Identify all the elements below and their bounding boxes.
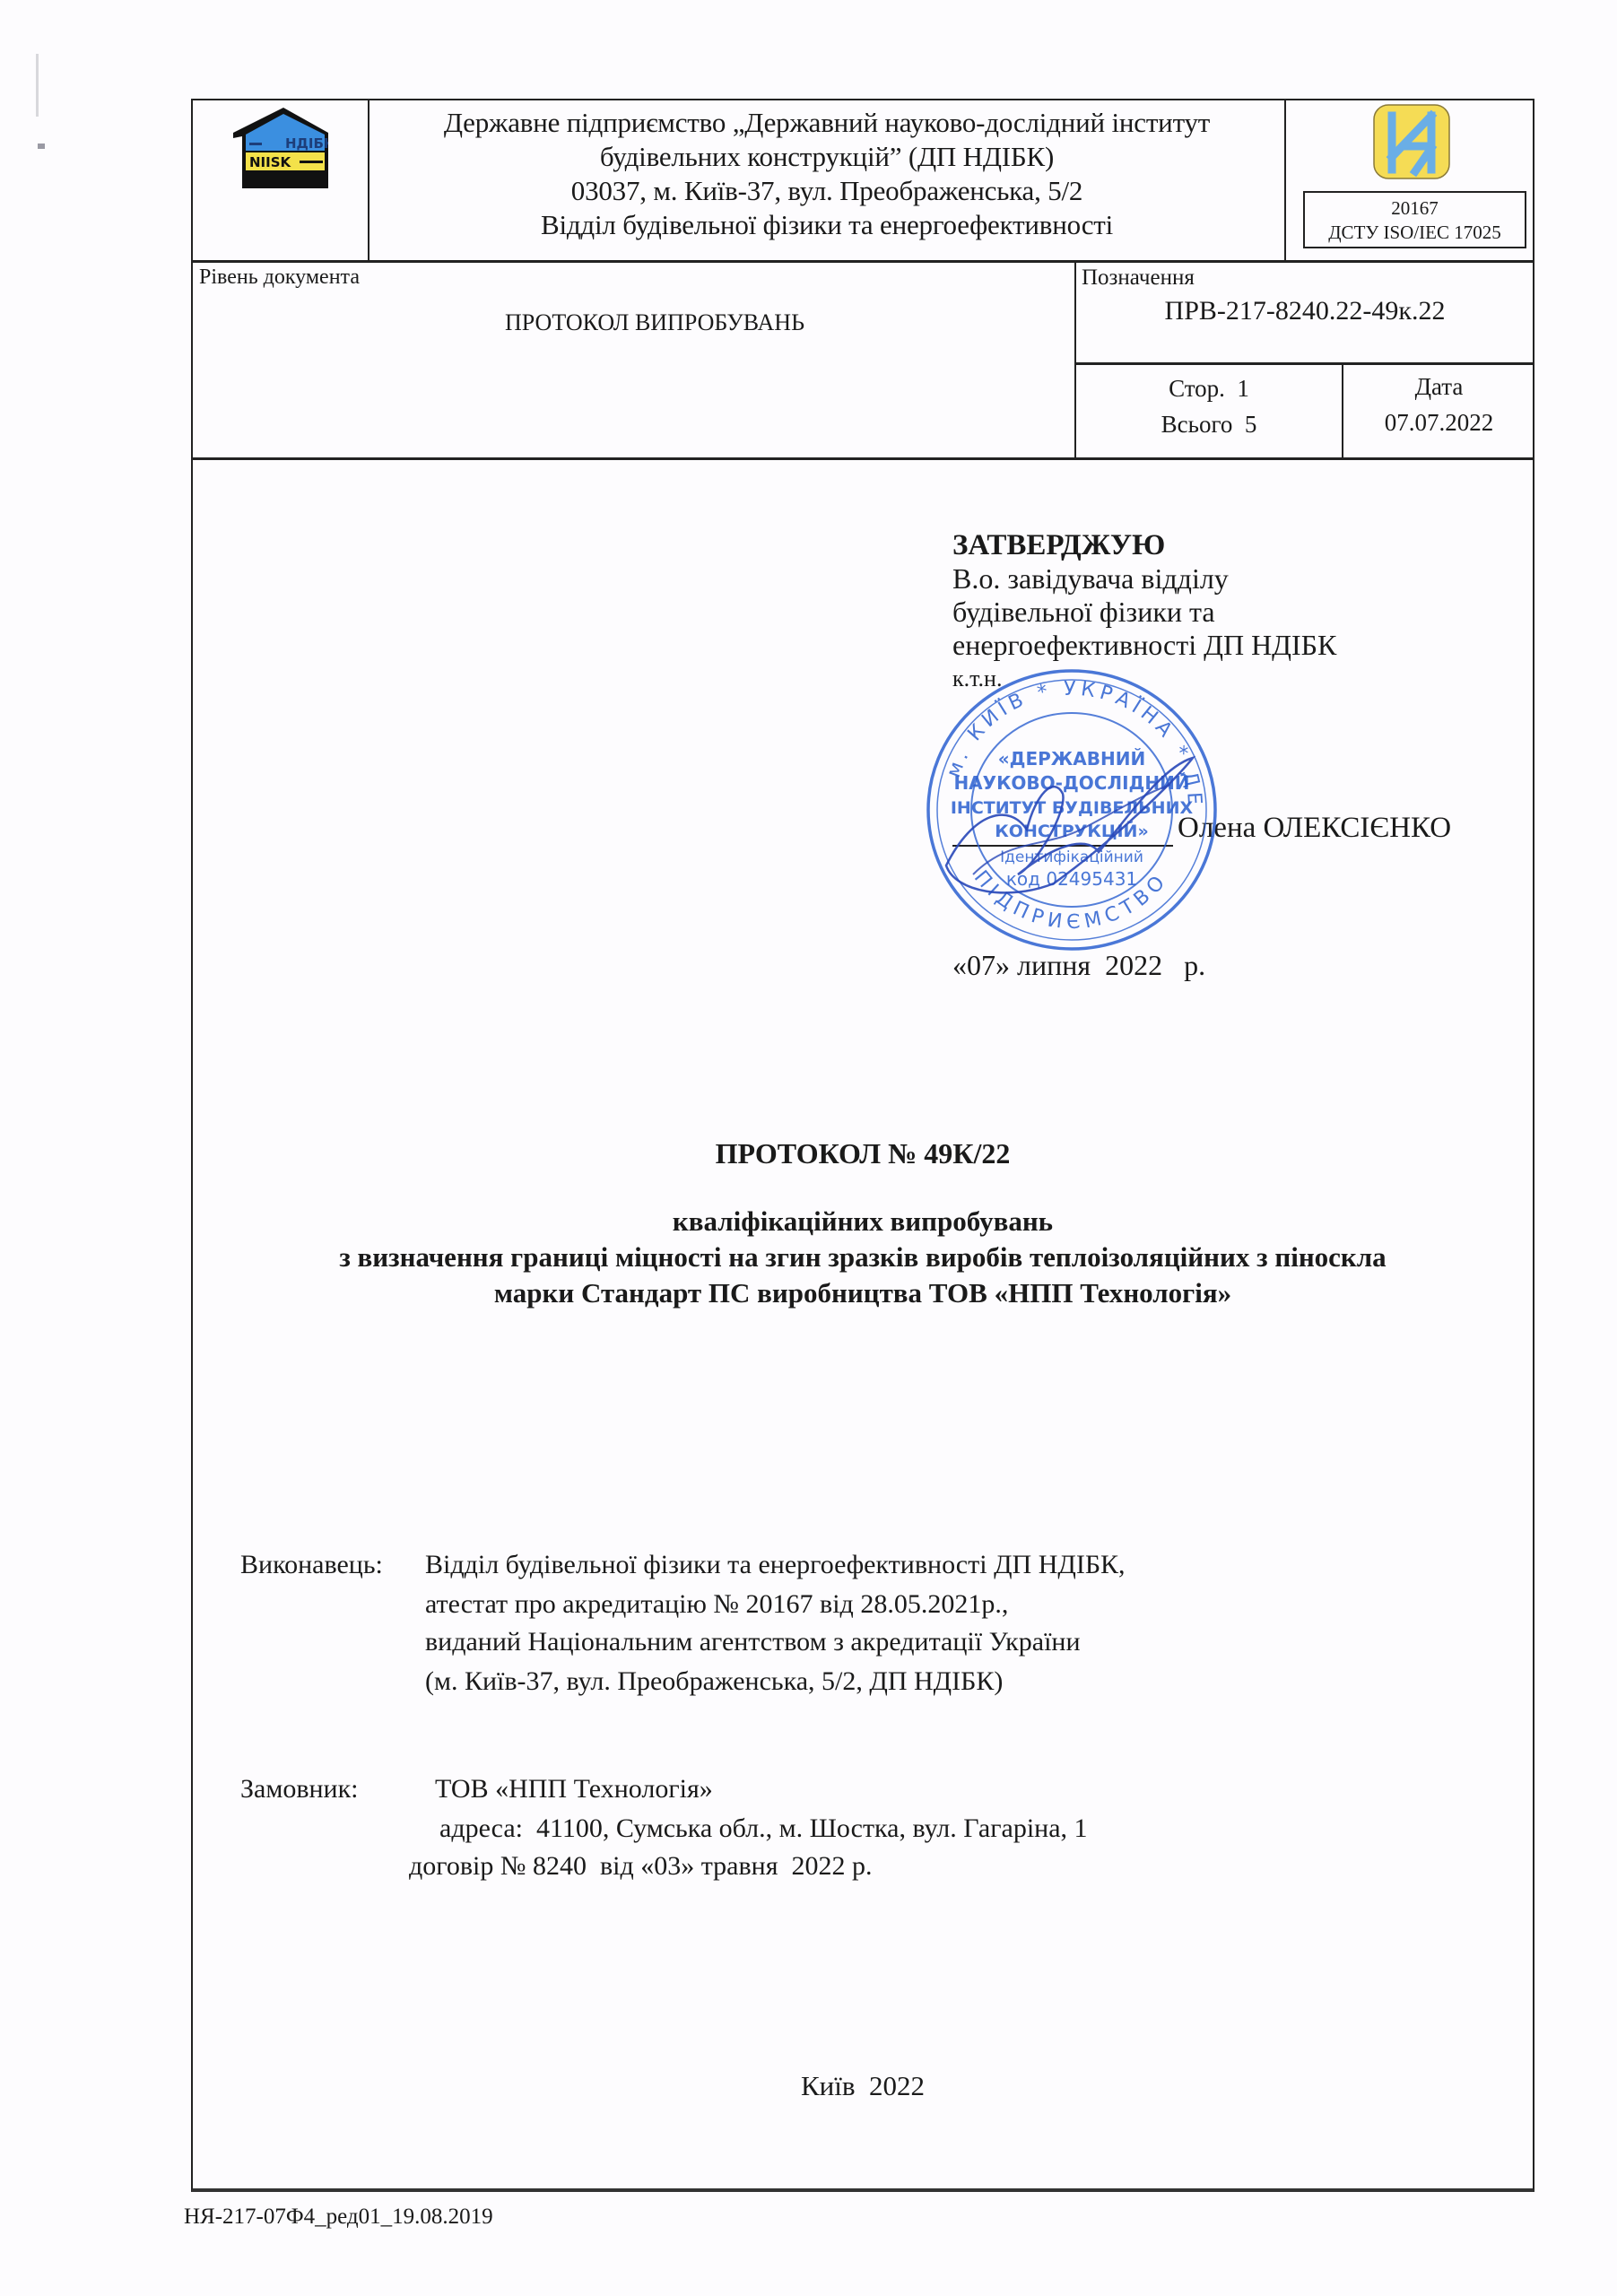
designation-bottom-divider	[1074, 362, 1534, 365]
executor-label: Виконавець:	[240, 1550, 383, 1580]
org-line: будівельних конструкцій” (ДП НДІБК)	[369, 140, 1284, 174]
customer-contract: договір № 8240 від «03» травня 2022 р.	[409, 1851, 873, 1882]
protocol-subtitle-line: з визначення границі міцності на згин зр…	[191, 1241, 1534, 1274]
protocol-number: ПРОТОКОЛ № 49К/22	[191, 1137, 1534, 1170]
approval-date: «07» липня 2022 р.	[952, 949, 1205, 982]
date-value: 07.07.2022	[1343, 409, 1534, 437]
executor-line: (м. Київ-37, вул. Преображенська, 5/2, Д…	[425, 1666, 1003, 1697]
approval-line: будівельної фізики та	[952, 596, 1336, 629]
accreditation-cell-divider	[1284, 99, 1286, 261]
scan-margin-mark	[36, 54, 39, 117]
svg-text:NIISK: NIISK	[249, 154, 292, 170]
org-line: Відділ будівельної фізики та енергоефект…	[369, 208, 1284, 242]
form-code: НЯ-217-07Ф4_ред01_19.08.2019	[184, 2205, 493, 2230]
header-divider	[191, 260, 1534, 263]
organization-header: Державне підприємство „Державний науково…	[369, 106, 1284, 242]
customer-label: Замовник:	[240, 1774, 359, 1805]
executor-line: Відділ будівельної фізики та енергоефект…	[425, 1550, 1126, 1580]
accreditation-agency-logo-icon	[1372, 103, 1451, 180]
date-label: Дата	[1343, 373, 1534, 401]
approval-line: к.т.н.	[952, 662, 1336, 695]
approval-title: ЗАТВЕРДЖУЮ	[952, 529, 1336, 562]
designation-value: ПРВ-217-8240.22-49к.22	[1076, 296, 1534, 326]
signature-line	[952, 845, 1173, 847]
approval-line: енергоефективності ДП НДІБК	[952, 629, 1336, 662]
approval-line: В.о. завідувача відділу	[952, 562, 1336, 596]
customer-name: ТОВ «НПП Технологія»	[435, 1774, 713, 1805]
executor-line: виданий Національним агентством з акреди…	[425, 1627, 1081, 1657]
approval-block: ЗАТВЕРДЖУЮ В.о. завідувача відділу будів…	[952, 529, 1336, 695]
protocol-subtitle-line: кваліфікаційних випробувань	[191, 1205, 1534, 1238]
accreditation-standard: ДСТУ ISO/IEC 17025	[1305, 221, 1525, 245]
accreditation-number: 20167	[1305, 196, 1525, 221]
doc-table-bottom	[191, 457, 1534, 460]
accreditation-box: 20167 ДСТУ ISO/IEC 17025	[1303, 191, 1526, 248]
scan-margin-dot	[38, 143, 45, 149]
page-number: Стор. 1	[1076, 375, 1342, 403]
signer-name: Олена ОЛЕКСІЄНКО	[1178, 812, 1451, 845]
doc-level-label: Рівень документа	[199, 265, 360, 290]
ndibk-house-logo-icon: НДІБК NIISK	[231, 106, 328, 188]
org-line: Державне підприємство „Державний науково…	[369, 106, 1284, 140]
protocol-subtitle-line: марки Стандарт ПС виробництва ТОВ «НПП Т…	[191, 1277, 1534, 1309]
svg-text:НДІБК: НДІБК	[285, 135, 328, 152]
place-year: Київ 2022	[191, 2070, 1534, 2102]
org-line: 03037, м. Київ-37, вул. Преображенська, …	[369, 174, 1284, 208]
designation-label: Позначення	[1082, 265, 1195, 291]
customer-address: адреса: 41100, Сумська обл., м. Шостка, …	[439, 1813, 1088, 1844]
page-total: Всього 5	[1076, 411, 1342, 439]
doc-level-value: ПРОТОКОЛ ВИПРОБУВАНЬ	[377, 309, 933, 336]
executor-line: атестат про акредитацію № 20167 від 28.0…	[425, 1589, 1008, 1620]
